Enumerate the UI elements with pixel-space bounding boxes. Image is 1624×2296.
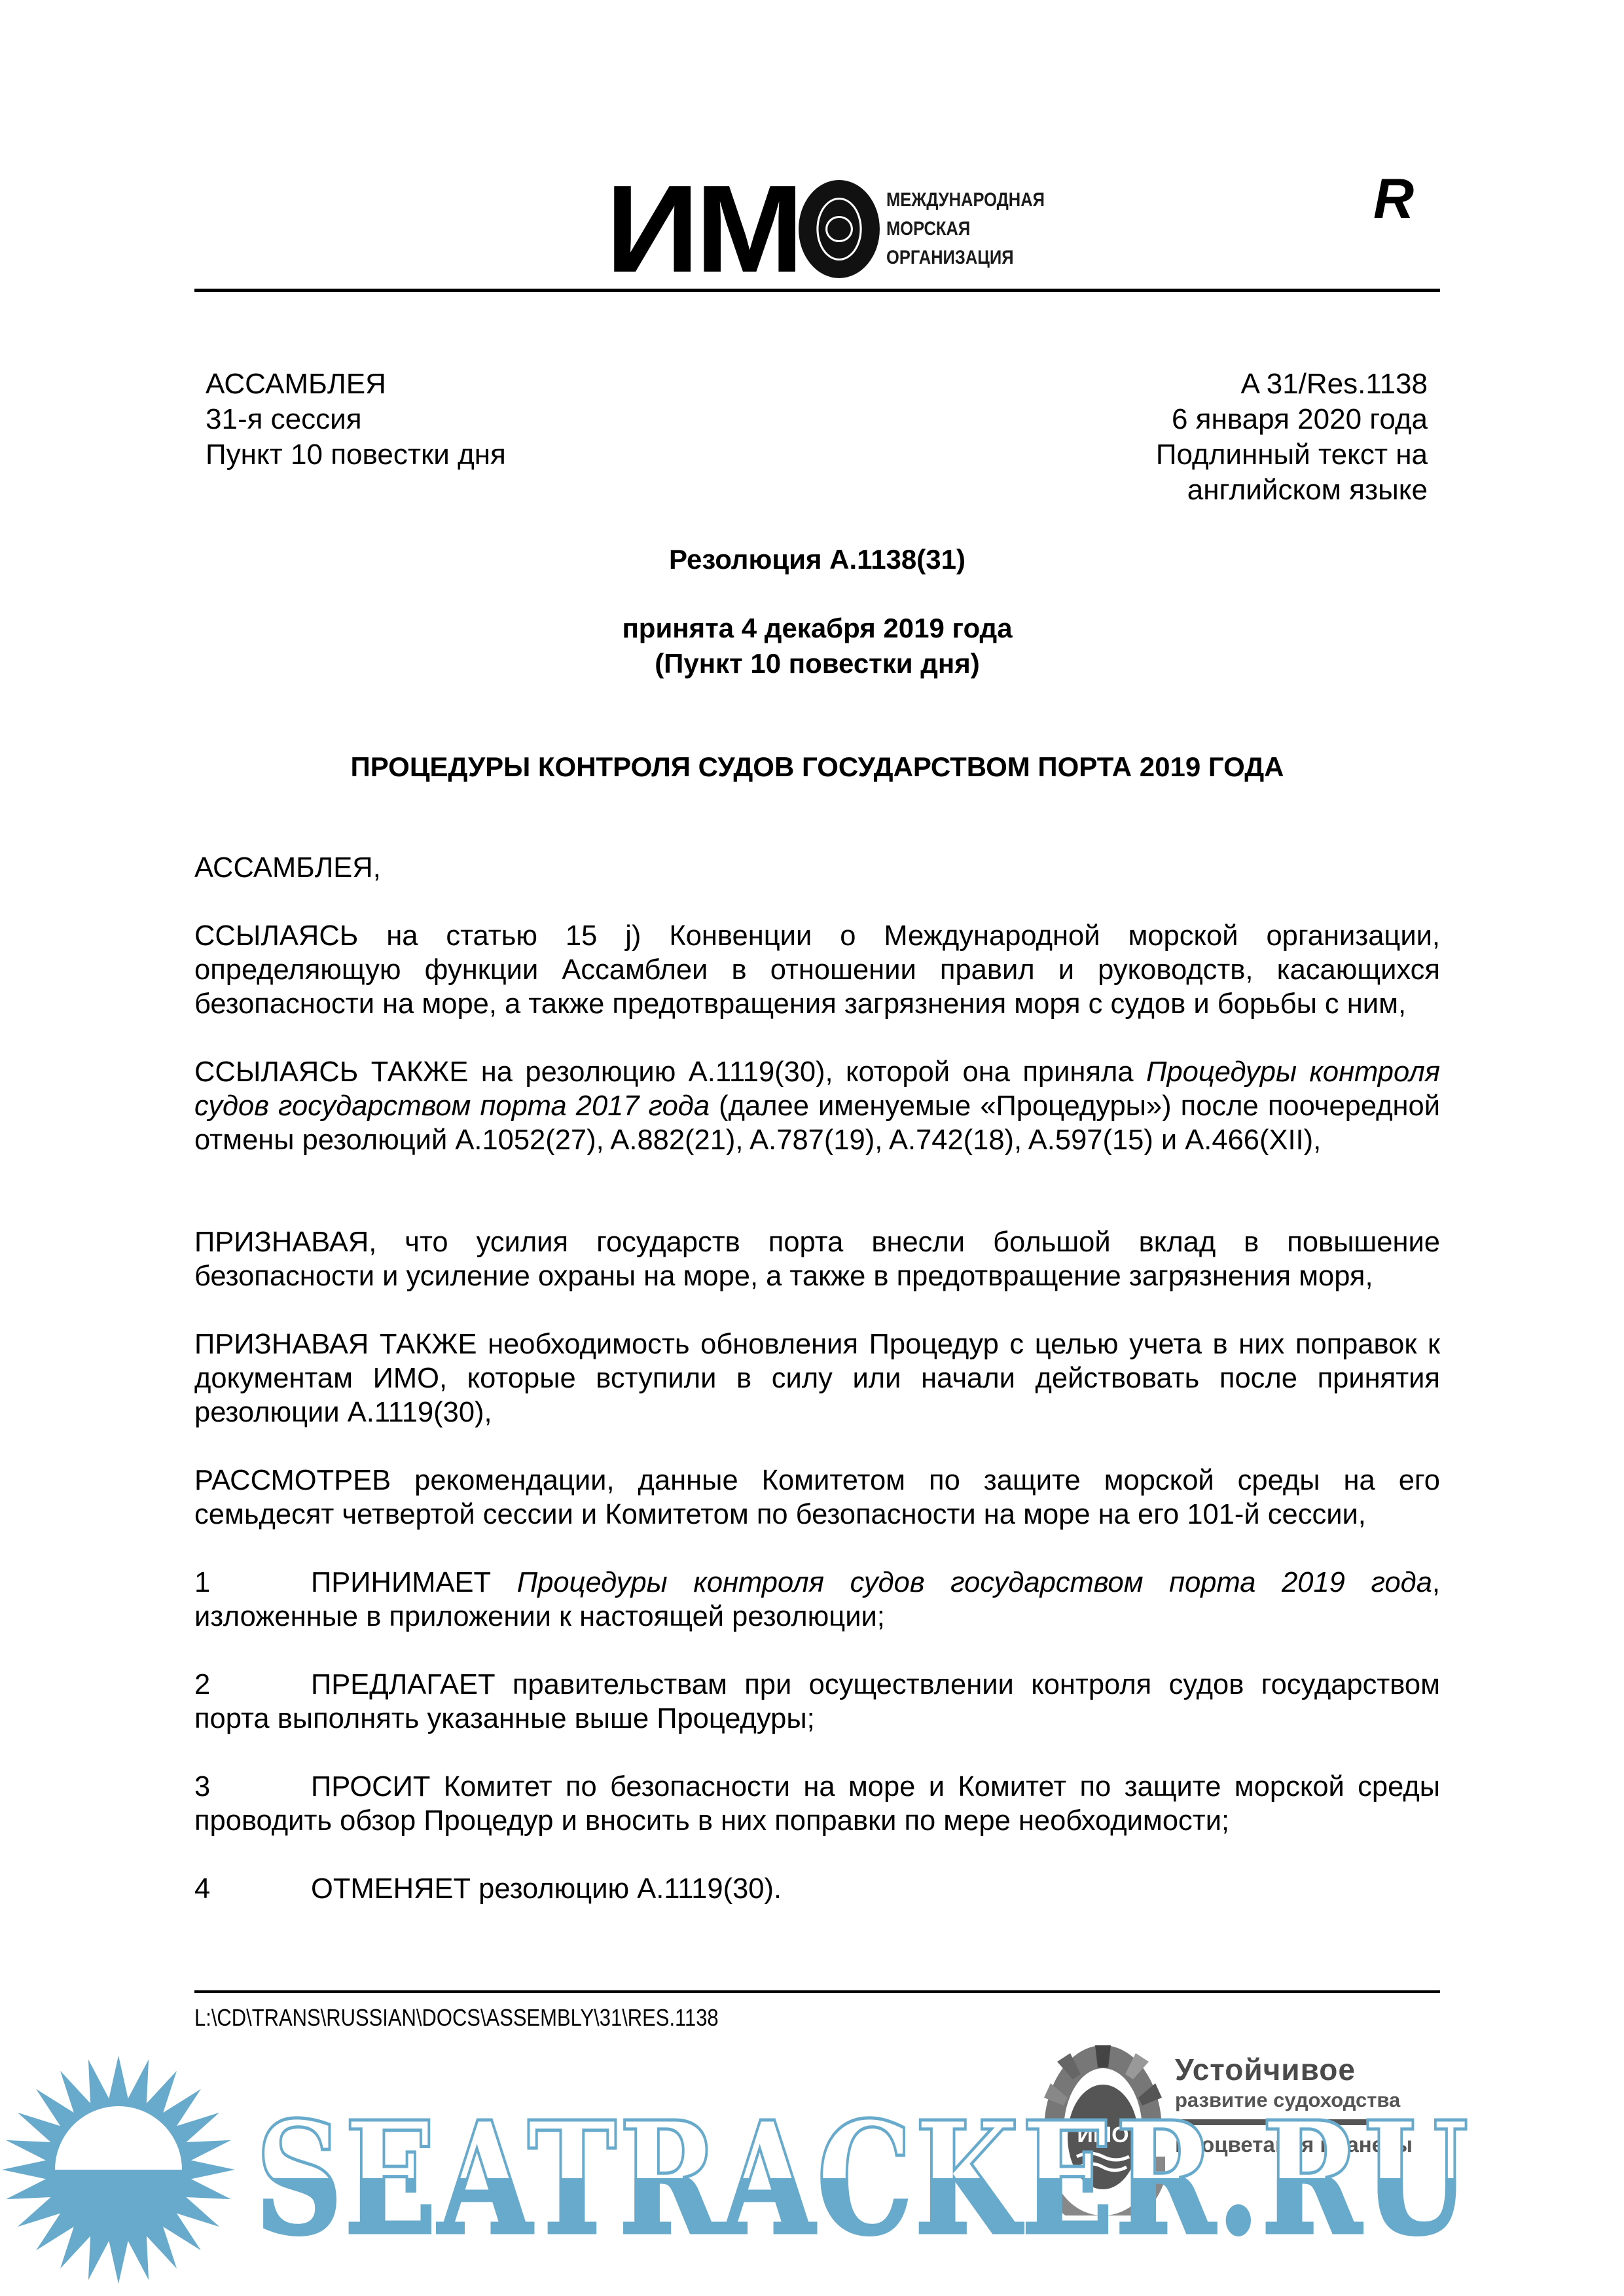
resolution-title: Резолюция A.1138(31)	[194, 542, 1440, 577]
preamble-paragraph: ПРИЗНАВАЯ ТАКЖЕ необходимость обновления…	[194, 1327, 1440, 1429]
operative-item: 2ПРЕДЛАГАЕТ правительствам при осуществл…	[194, 1668, 1440, 1736]
imo-logo: ИМ МЕЖДУНАРОДНАЯ МОРСКАЯ ОРГАНИЗАЦИЯ	[605, 180, 1073, 278]
opening: АССАМБЛЕЯ,	[194, 851, 1440, 885]
body-name: АССАМБЛЕЯ	[206, 367, 506, 402]
un-emblem-icon	[799, 180, 880, 278]
operative-item: 1ПРИНИМАЕТ Процедуры контроля судов госу…	[194, 1566, 1440, 1634]
header-divider	[194, 289, 1440, 292]
original-language: Подлинный текст на	[1156, 437, 1428, 473]
session: 31-я сессия	[206, 402, 506, 437]
meta-left: АССАМБЛЕЯ 31-я сессия Пункт 10 повестки …	[206, 367, 506, 473]
preamble-paragraph: ССЫЛАЯСЬ на статью 15 j) Конвенции о Меж…	[194, 919, 1440, 1021]
imo-logo-word: ИМ	[605, 180, 880, 278]
footer-divider	[194, 1990, 1440, 1993]
watermark-text: SEATRACKER.RU	[255, 2113, 1471, 2244]
document-date: 6 января 2020 года	[1156, 402, 1428, 437]
adopted-agenda-item: (Пункт 10 повестки дня)	[194, 646, 1440, 681]
document-title: ПРОЦЕДУРЫ КОНТРОЛЯ СУДОВ ГОСУДАРСТВОМ ПО…	[194, 749, 1440, 785]
preamble-paragraph: ССЫЛАЯСЬ ТАКЖЕ на резолюцию A.1119(30), …	[194, 1055, 1440, 1157]
agenda-item: Пункт 10 повестки дня	[206, 437, 506, 473]
imo-logo-letters: ИМ	[605, 180, 800, 278]
operative-item: 4ОТМЕНЯЕТ резолюцию A.1119(30).	[194, 1872, 1440, 1906]
adoption-info: принята 4 декабря 2019 года (Пункт 10 по…	[194, 611, 1440, 681]
document-symbol: A 31/Res.1138	[1156, 367, 1428, 402]
original-language-cont: английском языке	[1156, 473, 1428, 508]
adopted-date: принята 4 декабря 2019 года	[194, 611, 1440, 646]
preamble-paragraph: ПРИЗНАВАЯ, что усилия государств порта в…	[194, 1225, 1440, 1293]
language-mark: R	[1373, 167, 1414, 232]
preamble-paragraph: РАССМОТРЕВ рекомендации, данные Комитето…	[194, 1463, 1440, 1532]
operative-item: 3ПРОСИТ Комитет по безопасности на море …	[194, 1770, 1440, 1838]
file-path: L:\CD\TRANS\RUSSIAN\DOCS\ASSEMBLY\31\RES…	[194, 2004, 719, 2032]
imo-org-name: МЕЖДУНАРОДНАЯ МОРСКАЯ ОРГАНИЗАЦИЯ	[886, 186, 1045, 272]
meta-right: A 31/Res.1138 6 января 2020 года Подлинн…	[1156, 367, 1428, 508]
